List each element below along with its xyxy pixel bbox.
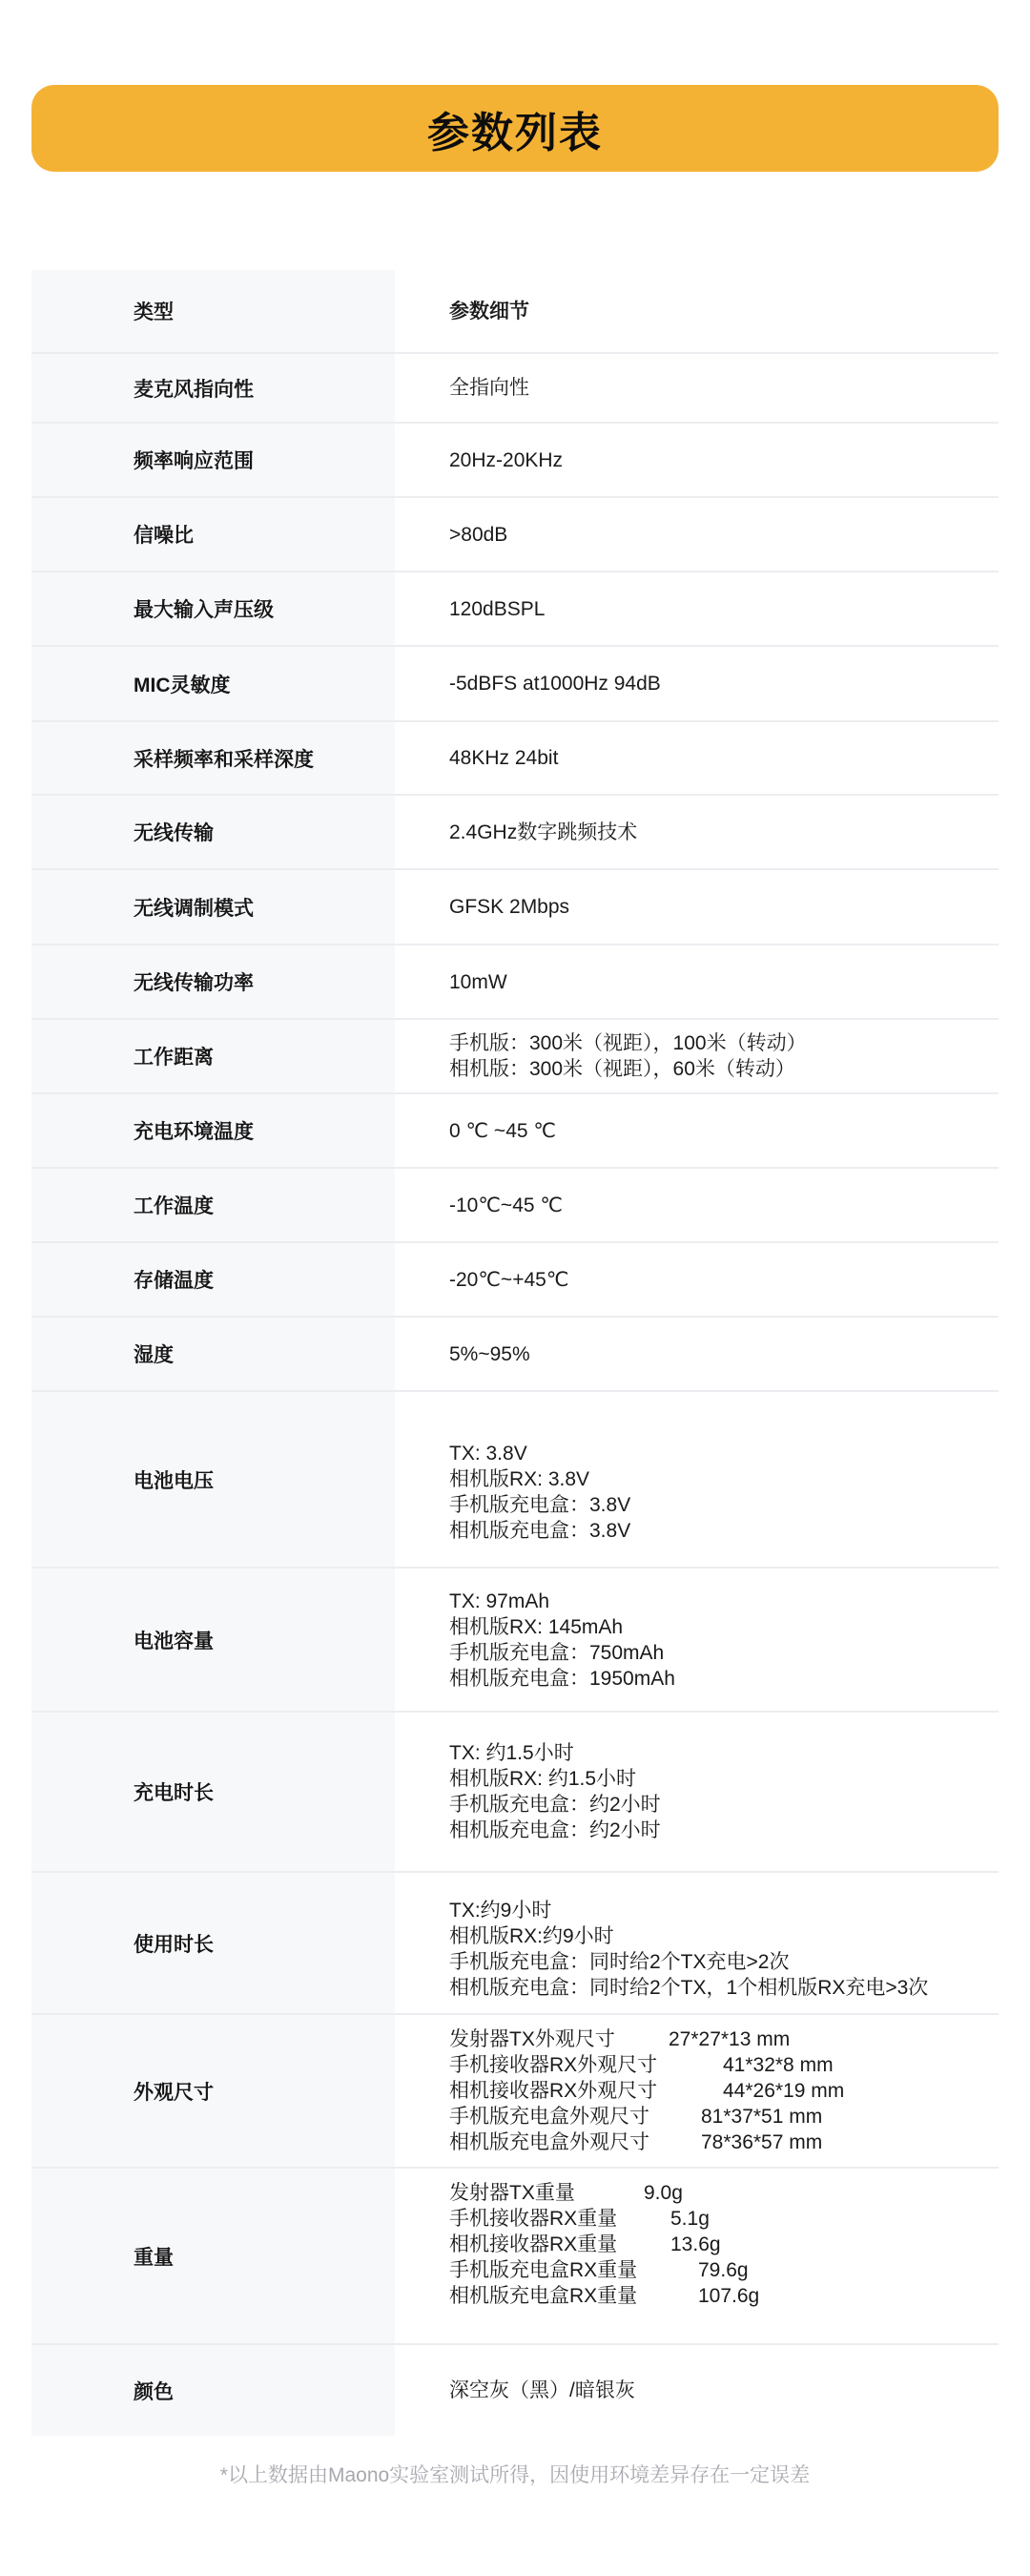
value-line: TX:约9小时	[449, 1898, 928, 1923]
value-line: 相机版充电盒：1950mAh	[449, 1666, 675, 1692]
weight-value: 9.0g	[644, 2180, 683, 2206]
header-value: 参数细节	[395, 270, 999, 352]
row-label: 充电时长	[31, 1713, 395, 1871]
row-value: -10℃~45 ℃	[395, 1169, 999, 1241]
value-line: TX: 约1.5小时	[449, 1740, 661, 1766]
weight-item: 相机版充电盒RX重量	[449, 2283, 698, 2309]
table-row: 频率响应范围 20Hz-20KHz	[31, 424, 999, 498]
dimension-value: 41*32*8 mm	[723, 2052, 834, 2078]
value-line: 手机版：300米（视距），100米（转动）	[449, 1030, 807, 1056]
row-label: 外观尺寸	[31, 2015, 395, 2167]
dimension-value: 81*37*51 mm	[701, 2104, 822, 2129]
row-label: 使用时长	[31, 1873, 395, 2013]
dimension-item: 手机版充电盒外观尺寸	[449, 2104, 701, 2129]
value-line: 相机版充电盒：3.8V	[449, 1518, 630, 1544]
value-line: 相机版RX: 约1.5小时	[449, 1766, 661, 1792]
value-line: 相机版充电盒：同时给2个TX，1个相机版RX充电>3次	[449, 1975, 928, 2001]
row-label: 无线传输	[31, 796, 395, 868]
row-label: 无线调制模式	[31, 870, 395, 944]
value-line: 手机版充电盒：同时给2个TX充电>2次	[449, 1949, 928, 1975]
value-line: 手机版充电盒：3.8V	[449, 1492, 630, 1518]
row-label: 采样频率和采样深度	[31, 722, 395, 794]
weight-item: 发射器TX重量	[449, 2180, 644, 2206]
row-value: 手机版：300米（视距），100米（转动） 相机版：300米（视距），60米（转…	[395, 1020, 999, 1092]
table-row: 无线调制模式 GFSK 2Mbps	[31, 870, 999, 945]
row-value: TX: 约1.5小时 相机版RX: 约1.5小时 手机版充电盒：约2小时 相机版…	[395, 1713, 999, 1871]
table-row: 工作距离 手机版：300米（视距），100米（转动） 相机版：300米（视距），…	[31, 1020, 999, 1094]
row-value: -20℃~+45℃	[395, 1243, 999, 1316]
weight-line: 手机版充电盒RX重量79.6g	[449, 2257, 759, 2283]
row-label: 充电环境温度	[31, 1094, 395, 1167]
row-label: 电池电压	[31, 1392, 395, 1567]
weight-value: 13.6g	[670, 2232, 721, 2257]
dimension-item: 手机接收器RX外观尺寸	[449, 2052, 723, 2078]
table-row: 外观尺寸 发射器TX外观尺寸27*27*13 mm 手机接收器RX外观尺寸41*…	[31, 2015, 999, 2169]
table-row: 使用时长 TX:约9小时 相机版RX:约9小时 手机版充电盒：同时给2个TX充电…	[31, 1873, 999, 2015]
table-header-row: 类型 参数细节	[31, 270, 999, 354]
weight-line: 相机版充电盒RX重量107.6g	[449, 2283, 759, 2309]
row-label: 最大输入声压级	[31, 572, 395, 645]
row-value: 20Hz-20KHz	[395, 424, 999, 496]
table-row: 重量 发射器TX重量9.0g 手机接收器RX重量5.1g 相机接收器RX重量13…	[31, 2169, 999, 2345]
table-row: 信噪比 >80dB	[31, 498, 999, 572]
dimension-line: 手机版充电盒外观尺寸81*37*51 mm	[449, 2104, 844, 2129]
row-value: 120dBSPL	[395, 572, 999, 645]
table-row: 工作温度 -10℃~45 ℃	[31, 1169, 999, 1243]
spec-table: 类型 参数细节 麦克风指向性 全指向性 频率响应范围 20Hz-20KHz 信噪…	[31, 270, 999, 2436]
row-value: 48KHz 24bit	[395, 722, 999, 794]
weight-line: 发射器TX重量9.0g	[449, 2180, 759, 2206]
dimension-value: 27*27*13 mm	[669, 2026, 790, 2052]
row-value: TX:约9小时 相机版RX:约9小时 手机版充电盒：同时给2个TX充电>2次 相…	[395, 1873, 999, 2013]
value-line: 相机版RX:约9小时	[449, 1923, 928, 1949]
row-value: 深空灰（黑）/暗银灰	[395, 2345, 999, 2436]
table-row: 充电时长 TX: 约1.5小时 相机版RX: 约1.5小时 手机版充电盒：约2小…	[31, 1713, 999, 1873]
weight-line: 相机接收器RX重量13.6g	[449, 2232, 759, 2257]
weight-value: 107.6g	[698, 2283, 759, 2309]
dimension-line: 发射器TX外观尺寸27*27*13 mm	[449, 2026, 844, 2052]
weight-item: 相机接收器RX重量	[449, 2232, 670, 2257]
title-banner: 参数列表	[31, 85, 999, 172]
row-value: 10mW	[395, 945, 999, 1018]
row-value: -5dBFS at1000Hz 94dB	[395, 647, 999, 720]
value-line: 相机版充电盒：约2小时	[449, 1818, 661, 1843]
dimension-item: 相机版充电盒外观尺寸	[449, 2129, 701, 2155]
value-line: 手机版充电盒：约2小时	[449, 1792, 661, 1818]
table-row: 充电环境温度 0 ℃ ~45 ℃	[31, 1094, 999, 1169]
row-value: 全指向性	[395, 354, 999, 422]
dimension-line: 手机接收器RX外观尺寸41*32*8 mm	[449, 2052, 844, 2078]
table-row: 存储温度 -20℃~+45℃	[31, 1243, 999, 1318]
dimension-value: 78*36*57 mm	[701, 2129, 822, 2155]
row-value: 2.4GHz数字跳频技术	[395, 796, 999, 868]
table-row: 电池容量 TX: 97mAh 相机版RX: 145mAh 手机版充电盒：750m…	[31, 1568, 999, 1713]
table-row: MIC灵敏度 -5dBFS at1000Hz 94dB	[31, 647, 999, 722]
row-label: 工作距离	[31, 1020, 395, 1092]
row-value: >80dB	[395, 498, 999, 571]
dimension-value: 44*26*19 mm	[723, 2078, 844, 2104]
weight-value: 5.1g	[670, 2206, 710, 2232]
table-row: 无线传输功率 10mW	[31, 945, 999, 1020]
row-label: 频率响应范围	[31, 424, 395, 496]
row-label: 工作温度	[31, 1169, 395, 1241]
value-line: 相机版：300米（视距），60米（转动）	[449, 1056, 807, 1082]
table-row: 最大输入声压级 120dBSPL	[31, 572, 999, 647]
table-row: 颜色 深空灰（黑）/暗银灰	[31, 2345, 999, 2436]
table-row: 电池电压 TX: 3.8V 相机版RX: 3.8V 手机版充电盒：3.8V 相机…	[31, 1392, 999, 1568]
weight-item: 手机接收器RX重量	[449, 2206, 670, 2232]
value-line: 手机版充电盒：750mAh	[449, 1640, 675, 1666]
row-label: 信噪比	[31, 498, 395, 571]
row-value: 发射器TX重量9.0g 手机接收器RX重量5.1g 相机接收器RX重量13.6g…	[395, 2169, 999, 2343]
row-value: 5%~95%	[395, 1318, 999, 1390]
value-line: TX: 97mAh	[449, 1589, 675, 1614]
row-value: 发射器TX外观尺寸27*27*13 mm 手机接收器RX外观尺寸41*32*8 …	[395, 2015, 999, 2167]
row-label: 重量	[31, 2169, 395, 2343]
row-label: 颜色	[31, 2345, 395, 2436]
value-line: TX: 3.8V	[449, 1441, 630, 1466]
table-row: 湿度 5%~95%	[31, 1318, 999, 1392]
table-row: 无线传输 2.4GHz数字跳频技术	[31, 796, 999, 870]
dimension-item: 发射器TX外观尺寸	[449, 2026, 669, 2052]
row-value: TX: 3.8V 相机版RX: 3.8V 手机版充电盒：3.8V 相机版充电盒：…	[395, 1392, 999, 1567]
weight-line: 手机接收器RX重量5.1g	[449, 2206, 759, 2232]
value-line: 相机版RX: 3.8V	[449, 1466, 630, 1492]
footnote: *以上数据由Maono实验室测试所得，因使用环境差异存在一定误差	[0, 2460, 1030, 2488]
table-row: 麦克风指向性 全指向性	[31, 354, 999, 424]
dimension-item: 相机接收器RX外观尺寸	[449, 2078, 723, 2104]
table-row: 采样频率和采样深度 48KHz 24bit	[31, 722, 999, 796]
row-value: GFSK 2Mbps	[395, 870, 999, 944]
row-label: 无线传输功率	[31, 945, 395, 1018]
weight-item: 手机版充电盒RX重量	[449, 2257, 698, 2283]
row-label: 湿度	[31, 1318, 395, 1390]
row-value: 0 ℃ ~45 ℃	[395, 1094, 999, 1167]
dimension-line: 相机版充电盒外观尺寸78*36*57 mm	[449, 2129, 844, 2155]
row-label: 存储温度	[31, 1243, 395, 1316]
header-label: 类型	[31, 270, 395, 352]
value-line: 相机版RX: 145mAh	[449, 1614, 675, 1640]
row-label: 电池容量	[31, 1568, 395, 1711]
row-label: MIC灵敏度	[31, 647, 395, 720]
page-title: 参数列表	[427, 98, 603, 159]
row-value: TX: 97mAh 相机版RX: 145mAh 手机版充电盒：750mAh 相机…	[395, 1568, 999, 1711]
weight-value: 79.6g	[698, 2257, 749, 2283]
dimension-line: 相机接收器RX外观尺寸44*26*19 mm	[449, 2078, 844, 2104]
row-label: 麦克风指向性	[31, 354, 395, 422]
